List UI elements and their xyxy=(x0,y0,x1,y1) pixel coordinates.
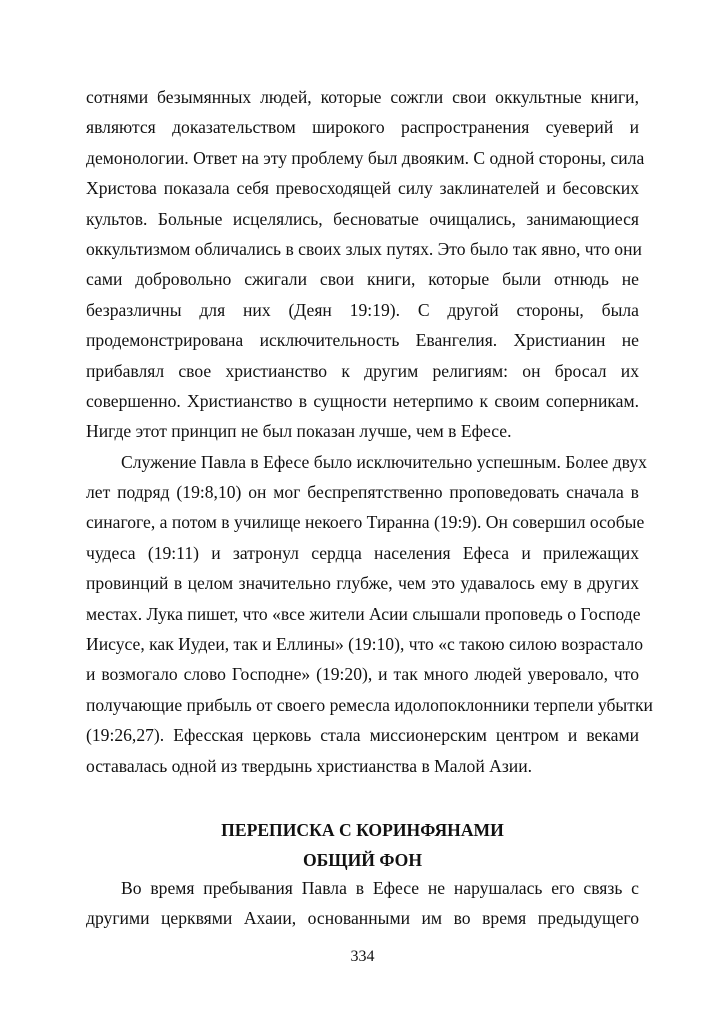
text-line: Христова показала себя превосходящей сил… xyxy=(86,173,639,203)
text-line: сотнями безымянных людей, которые сожгли… xyxy=(86,82,639,112)
paragraph-3: Во время пребывания Павла в Ефесе не нар… xyxy=(86,873,639,934)
section-heading: ПЕРЕПИСКА С КОРИНФЯНАМИ xyxy=(86,815,639,845)
text-line: культов. Больные исцелялись, бесноватые … xyxy=(86,204,639,234)
text-line: (19:26,27). Ефесская церковь стала мисси… xyxy=(86,720,639,750)
text-line: Иисусе, как Иудеи, так и Еллины» (19:10)… xyxy=(86,629,639,659)
text-line: прибавлял свое христианство к другим рел… xyxy=(86,356,639,386)
text-line: провинций в целом значительно глубже, че… xyxy=(86,568,639,598)
subsection-heading: ОБЩИЙ ФОН xyxy=(86,845,639,875)
text-line: синагоге, а потом в училище некоего Тира… xyxy=(86,507,639,537)
text-line: продемонстрирована исключительность Еван… xyxy=(86,325,639,355)
text-line: Во время пребывания Павла в Ефесе не нар… xyxy=(86,873,639,903)
paragraph-2: Служение Павла в Ефесе было исключительн… xyxy=(86,447,639,781)
text-line: получающие прибыль от своего ремесла идо… xyxy=(86,690,639,720)
text-line: безразличны для них (Деян 19:19). С друг… xyxy=(86,295,639,325)
body-text: сотнями безымянных людей, которые сожгли… xyxy=(86,82,639,781)
text-line: местах. Лука пишет, что «все жители Асии… xyxy=(86,599,639,629)
text-line: лет подряд (19:8,10) он мог беспрепятств… xyxy=(86,477,639,507)
text-line: демонологии. Ответ на эту проблему был д… xyxy=(86,143,639,173)
text-line: оставалась одной из твердынь христианств… xyxy=(86,751,639,781)
body-text-continued: Во время пребывания Павла в Ефесе не нар… xyxy=(86,873,639,934)
text-line: Нигде этот принцип не был показан лучше,… xyxy=(86,416,639,446)
text-line: другими церквями Ахаии, основанными им в… xyxy=(86,903,639,933)
paragraph-1: сотнями безымянных людей, которые сожгли… xyxy=(86,82,639,447)
text-line: совершенно. Христианство в сущности нете… xyxy=(86,386,639,416)
text-line: Служение Павла в Ефесе было исключительн… xyxy=(86,447,639,477)
page-number: 334 xyxy=(86,946,639,968)
text-line: являются доказательством широкого распро… xyxy=(86,112,639,142)
document-page: сотнями безымянных людей, которые сожгли… xyxy=(0,0,724,1024)
text-line: и возмогало слово Господне» (19:20), и т… xyxy=(86,659,639,689)
text-line: сами добровольно сжигали свои книги, кот… xyxy=(86,264,639,294)
text-line: оккультизмом обличались в своих злых пут… xyxy=(86,234,639,264)
text-line: чудеса (19:11) и затронул сердца населен… xyxy=(86,538,639,568)
